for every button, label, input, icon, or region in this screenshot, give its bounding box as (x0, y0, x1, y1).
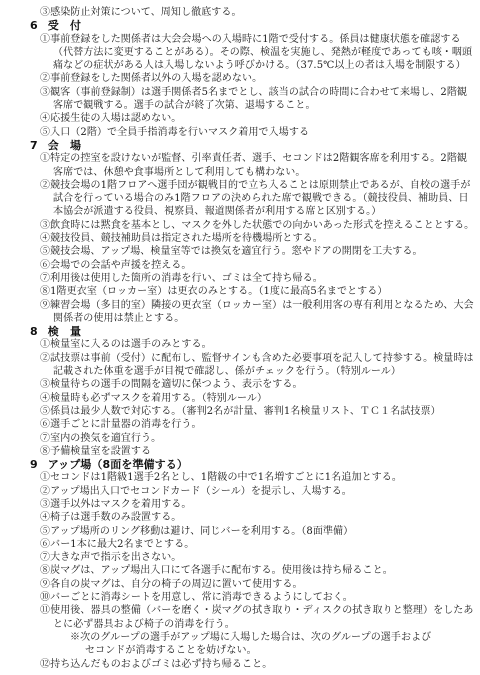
section-heading: 6受 付 (30, 19, 475, 32)
list-item: ⑥会場での会話や声援を控える。 (40, 259, 475, 272)
section-title: 受 付 (48, 19, 81, 32)
list-item: ④応援生徒の入場は認めない。 (40, 112, 475, 125)
list-item: ④椅子は選手数のみ設置する。 (40, 511, 475, 524)
section-number: 8 (30, 325, 38, 338)
list-item: ⑫持ち込んだものおよびゴミは必ず持ち帰ること。 (40, 658, 475, 671)
list-item: ⑩バーごとに消毒シートを用意し、常に消毒できるようにしておく。 (40, 591, 475, 604)
list-item: ①事前登録をした関係者は大会会場への入場時に1階で受付する。係員は健康状態を確認… (40, 33, 475, 73)
list-item: ④検量時も必ずマスクを着用する。（特別ルール） (40, 392, 475, 405)
list-item: ⑥選手ごとに計量器の消毒を行う。 (40, 418, 475, 431)
list-item: ⑤アップ場所のリング移動は避け、同じバーを利用する。（8面準備） (40, 525, 475, 538)
list-item: ②事前登録をした関係者以外の入場を認めない。 (40, 72, 475, 85)
list-item: ①検量室に入るのは選手のみとする。 (40, 338, 475, 351)
list-item: ①特定の控室を設けないが監督、引率責任者、選手、セコンドは2階観客席を利用する。… (40, 152, 475, 179)
document-page: ③感染防止対策について、周知し徹底する。 6受 付 ①事前登録をした関係者は大会… (0, 0, 480, 675)
section-venue: 7会 場 ①特定の控室を設けないが監督、引率責任者、選手、セコンドは2階観客席を… (30, 139, 475, 325)
list-item: ⑤入口（2階）で全員手指消毒を行いマスク着用で入場する (40, 126, 475, 139)
section-reception: 6受 付 ①事前登録をした関係者は大会会場への入場時に1階で受付する。係員は健康… (30, 19, 475, 139)
list-item: ③選手以外はマスクを着用する。 (40, 498, 475, 511)
list-item: ⑤係員は最少人数で対応する。（審判2名が計量、審判1名検量リスト、ＴＣ１名試技票… (40, 405, 475, 418)
section-heading: 7会 場 (30, 139, 475, 152)
section-number: 7 (30, 139, 38, 152)
list-item: ②アップ場出入口でセコンドカード（シール）を提示し、入場する。 (40, 485, 475, 498)
section-number: 9 (30, 458, 38, 471)
section-title: アップ場（8面を準備する） (48, 458, 188, 471)
section-heading: 9アップ場（8面を準備する） (30, 458, 475, 471)
note-line: ※次のグループの選手がアップ場に入場した場合は、次のグループの選手および (70, 631, 475, 644)
list-item: ⑥バー1本に最大2名までとする。 (40, 538, 475, 551)
list-item: ⑦室内の換気を適宜行う。 (40, 432, 475, 445)
list-item: ③観客（事前登録制）は選手関係者5名までとし、該当の試合の時間に合わせて来場し、… (40, 86, 475, 113)
list-item: ①セコンドは1階級1選手2名とし、1階級の中で1名増すごとに1名追加とする。 (40, 471, 475, 484)
list-item: ⑦利用後は使用した箇所の消毒を行い、ゴミは全て持ち帰る。 (40, 272, 475, 285)
list-item: ⑧予備検量室を設置する (40, 445, 475, 458)
list-item: ②競技会場の1階フロアへ選手団が観戦目的で立ち入ることは原則禁止であるが、自校の… (40, 179, 475, 219)
list-item: ②試技票は事前（受付）に配布し、監督サインも含めた必要事項を記入して持参する。検… (40, 352, 475, 379)
section-title: 会 場 (48, 139, 81, 152)
section-weigh-in: 8検 量 ①検量室に入るのは選手のみとする。 ②試技票は事前（受付）に配布し、監… (30, 325, 475, 458)
list-item: ⑧炭マグは、アップ場出入口にて各選手に配布する。使用後は持ち帰ること。 (40, 564, 475, 577)
list-item-preamble: ③感染防止対策について、周知し徹底する。 (40, 6, 475, 19)
list-item: ⑨各自の炭マグは、自分の椅子の周辺に置いて使用する。 (40, 578, 475, 591)
section-warmup-area: 9アップ場（8面を準備する） ①セコンドは1階級1選手2名とし、1階級の中で1名… (30, 458, 475, 671)
section-number: 6 (30, 19, 38, 32)
list-item: ⑪使用後、器具の整備（バーを磨く・炭マグの拭き取り・ディスクの拭き取りと整理）を… (40, 604, 475, 631)
list-item: ⑦大きな声で指示を出さない。 (40, 551, 475, 564)
list-item: ⑨練習会場（多目的室）隣接の更衣室（ロッカー室）は一般利用客の専有利用となるため… (40, 299, 475, 326)
note-line: セコンドが消毒することを妨げない。 (85, 644, 475, 657)
list-item: ⑧1階更衣室（ロッカー室）は更衣のみとする。（1度に最高5名までとする） (40, 285, 475, 298)
section-heading: 8検 量 (30, 325, 475, 338)
list-item: ⑤競技会場、アップ場、検量室等では換気を適宜行う。窓やドアの開閉を工夫する。 (40, 245, 475, 258)
section-title: 検 量 (48, 325, 81, 338)
list-item: ④競技役員、競技補助員は指定された場所を待機場所とする。 (40, 232, 475, 245)
list-item: ③検量待ちの選手の間隔を適切に保つよう、表示をする。 (40, 378, 475, 391)
list-item: ③飲食時には黙食を基本とし、マスクを外した状態での向かいあった形式を控えることと… (40, 219, 475, 232)
